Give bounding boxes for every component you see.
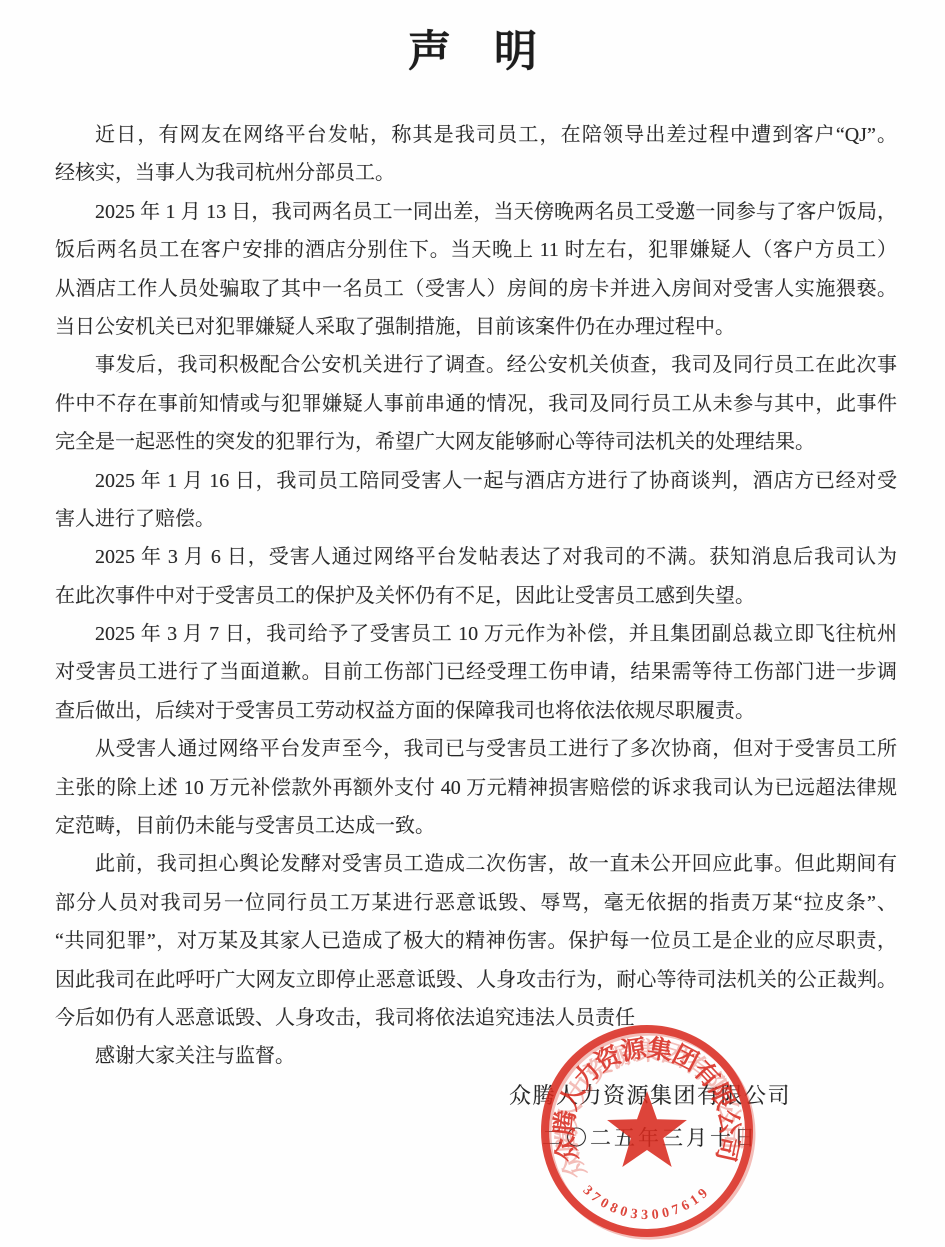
text-line: 2025 年 1 月 13 日，我司两名员工一同出差，当天傍晚两名员工受邀一同参… (55, 193, 897, 231)
text-line: 主张的除上述 10 万元补偿款外再额外支付 40 万元精神损害赔偿的诉求我司认为… (55, 769, 897, 807)
company-seal: 众腾人力资源集团有限公司 众腾人力资源集团有限公司 3708033007619 (536, 1021, 758, 1243)
text-line: 在此次事件中对于受害员工的保护及关怀仍有不足，因此让受害员工感到失望。 (55, 577, 897, 615)
text-line: 此前，我司担心舆论发酵对受害员工造成二次伤害，故一直未公开回应此事。但此期间有 (55, 845, 897, 883)
text-line: 饭后两名员工在客户安排的酒店分别住下。当天晚上 11 时左右，犯罪嫌疑人（客户方… (55, 231, 897, 269)
text-line: 件中不存在事前知情或与犯罪嫌疑人事前串通的情况，我司及同行员工从未参与其中，此事… (55, 385, 897, 423)
document-body: 近日，有网友在网络平台发帖，称其是我司员工，在陪领导出差过程中遭到客户“QJ”。… (55, 116, 897, 1076)
text-line: 2025 年 3 月 6 日，受害人通过网络平台发帖表达了对我司的不满。获知消息… (55, 538, 897, 576)
text-line: “共同犯罪”，对万某及其家人已造成了极大的精神伤害。保护每一位员工是企业的应尽职… (55, 922, 897, 960)
star-icon (607, 1091, 687, 1167)
text-line: 从受害人通过网络平台发声至今，我司已与受害员工进行了多次协商，但对于受害员工所 (55, 730, 897, 768)
document-title: 声 明 (0, 18, 945, 79)
text-line: 2025 年 3 月 7 日，我司给予了受害员工 10 万元作为补偿，并且集团副… (55, 615, 897, 653)
text-line: 从酒店工作人员处骗取了其中一名员工（受害人）房间的房卡并进入房间对受害人实施猥亵… (55, 270, 897, 308)
text-line: 因此我司在此呼吁广大网友立即停止恶意诋毁、人身攻击行为，耐心等待司法机关的公正裁… (55, 961, 897, 999)
text-line: 2025 年 1 月 16 日，我司员工陪同受害人一起与酒店方进行了协商谈判，酒… (55, 462, 897, 500)
statement-document: 声 明 近日，有网友在网络平台发帖，称其是我司员工，在陪领导出差过程中遭到客户“… (0, 0, 945, 1247)
text-line: 查后做出，后续对于受害员工劳动权益方面的保障我司也将依法依规尽职履责。 (55, 692, 897, 730)
text-line: 事发后，我司积极配合公安机关进行了调查。经公安机关侦查，我司及同行员工在此次事 (55, 346, 897, 384)
text-line: 害人进行了赔偿。 (55, 500, 897, 538)
text-line: 对受害员工进行了当面道歉。目前工伤部门已经受理工伤申请，结果需等待工伤部门进一步… (55, 653, 897, 691)
text-line: 完全是一起恶性的突发的犯罪行为，希望广大网友能够耐心等待司法机关的处理结果。 (55, 423, 897, 461)
text-line: 经核实，当事人为我司杭州分部员工。 (55, 154, 897, 192)
text-line: 今后如仍有人恶意诋毁、人身攻击，我司将依法追究违法人员责任 (55, 999, 897, 1037)
text-line: 部分人员对我司另一位同行员工万某进行恶意诋毁、辱骂，毫无依据的指责万某“拉皮条”… (55, 884, 897, 922)
text-line: 感谢大家关注与监督。 (55, 1037, 897, 1075)
text-line: 定范畴，目前仍未能与受害员工达成一致。 (55, 807, 897, 845)
text-line: 当日公安机关已对犯罪嫌疑人采取了强制措施，目前该案件仍在办理过程中。 (55, 308, 897, 346)
text-line: 近日，有网友在网络平台发帖，称其是我司员工，在陪领导出差过程中遭到客户“QJ”。 (55, 116, 897, 154)
